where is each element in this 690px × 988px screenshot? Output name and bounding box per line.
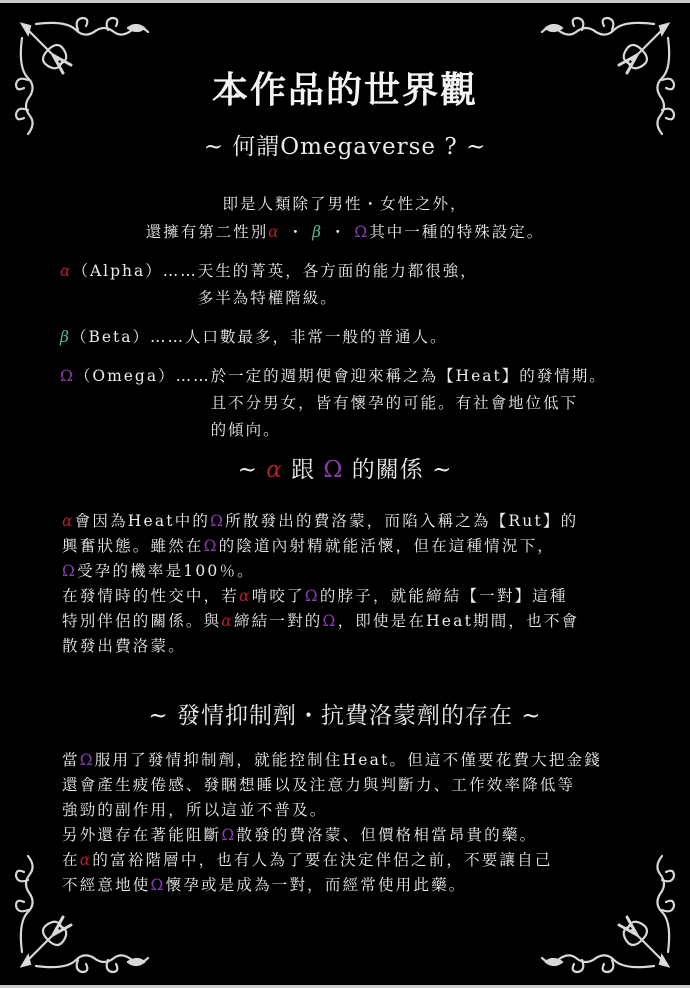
alpha-symbol: α <box>62 512 75 530</box>
relationship-paragraph: α會因為Heat中的Ω所散發出的費洛蒙，而陷入稱之為【Rut】的 興奮狀態。雖然… <box>62 509 579 659</box>
definition-alpha: α（Alpha）…… 天生的菁英，各方面的能力都很強， 多半為特權階級。 <box>60 258 607 312</box>
omega-symbol: Ω <box>354 223 369 241</box>
definition-term: （Alpha）…… <box>72 262 197 280</box>
definition-beta: β（Beta）…… 人口數最多，非常一般的普通人。 <box>60 324 607 351</box>
definition-line: 人口數最多，非常一般的普通人。 <box>185 324 448 351</box>
omega-symbol: Ω <box>210 512 225 530</box>
beta-symbol: β <box>312 223 323 241</box>
suppressants-paragraph: 當Ω服用了發情抑制劑，就能控制住Heat。但這不僅要花費大把金錢 還會產生疲倦感… <box>62 748 602 898</box>
definition-term: （Beta）…… <box>71 328 185 346</box>
definition-omega: Ω（Omega）…… 於一定的週期便會迎來稱之為【Heat】的發情期。 且不分男… <box>60 363 607 444</box>
definition-list: α（Alpha）…… 天生的菁英，各方面的能力都很強， 多半為特權階級。 β（B… <box>60 258 607 456</box>
definition-line: 多半為特權階級。 <box>198 285 478 312</box>
intro-text: 即是人類除了男性・女性之外， 還擁有第二性別α ・ β ・ Ω其中一種的特殊設定… <box>0 190 690 246</box>
definition-line: 天生的菁英，各方面的能力都很強， <box>198 258 478 285</box>
omega-symbol: Ω <box>323 457 343 483</box>
omega-symbol: Ω <box>151 876 166 894</box>
beta-symbol: β <box>60 328 71 346</box>
omega-symbol: Ω <box>60 367 75 385</box>
alpha-symbol: α <box>239 587 252 605</box>
intro-line-1: 即是人類除了男性・女性之外， <box>0 190 690 218</box>
definition-line: 的傾向。 <box>211 417 607 444</box>
omega-symbol: Ω <box>221 826 236 844</box>
alpha-symbol: α <box>60 262 72 280</box>
intro-line-2: 還擁有第二性別α ・ β ・ Ω其中一種的特殊設定。 <box>0 218 690 246</box>
omega-symbol: Ω <box>80 751 95 769</box>
alpha-symbol: α <box>266 457 283 483</box>
omega-symbol: Ω <box>305 587 320 605</box>
definition-line: 於一定的週期便會迎來稱之為【Heat】的發情期。 <box>211 363 607 390</box>
definition-line: 且不分男女，皆有懷孕的可能。有社會地位低下 <box>211 390 607 417</box>
omega-symbol: Ω <box>204 537 219 555</box>
alpha-symbol: α <box>80 851 93 869</box>
section-heading-suppressants: ~ 發情抑制劑・抗費洛蒙劑的存在 ~ <box>0 697 690 730</box>
alpha-symbol: α <box>268 223 280 241</box>
page-title: 本作品的世界觀 <box>0 62 690 113</box>
omega-symbol: Ω <box>323 612 338 630</box>
definition-term: （Omega）…… <box>75 367 211 385</box>
section-heading-relationship: ~ α 跟 Ω 的關係 ~ <box>0 451 690 484</box>
top-border <box>0 0 690 3</box>
omega-symbol: Ω <box>62 562 77 580</box>
section-heading-omegaverse: ~ 何謂Omegaverse ? ~ <box>0 128 690 161</box>
alpha-symbol: α <box>221 612 234 630</box>
